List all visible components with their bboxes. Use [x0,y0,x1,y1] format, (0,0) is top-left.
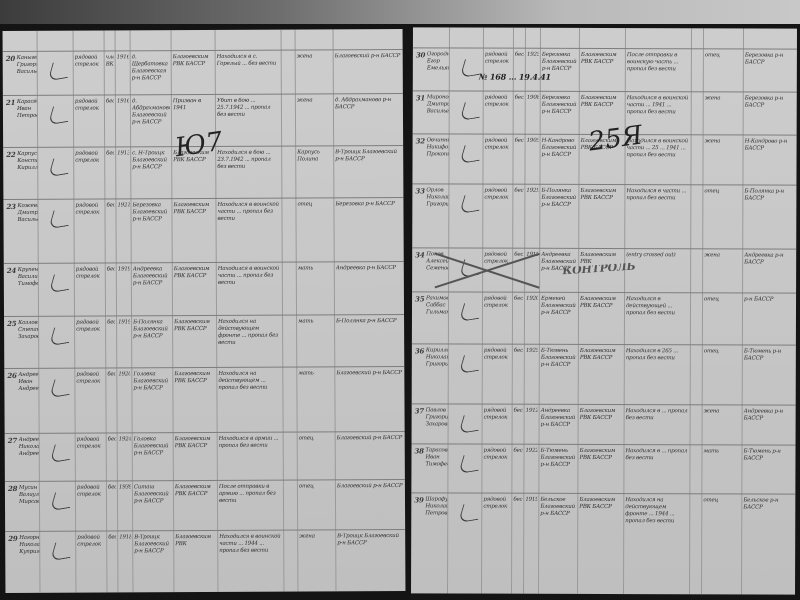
cell-name: Андреев Иван Андреевич [18,372,38,431]
cell-kin-address: Благоевский р-н БАССР [335,53,402,91]
cell-year: 1925 [526,348,538,402]
cell-birthplace: Б-Полянка Благоевский р-н БАССР [133,319,171,365]
cell-name: Каныгев Григорий Васильевич [17,55,37,93]
cell-kin: отец [299,435,334,477]
cell-rank: рядовой стрелок [77,535,105,591]
cell-year: 1905 [526,138,538,182]
cell-party: беспартийный [106,202,114,260]
cell-kin: мать [298,318,333,364]
cell-birthplace: Березовка Благоевский р-н БАССР [542,95,578,132]
cell-drafted: Благоевским РВК БАССР [579,497,622,592]
cell-num: 22 [6,151,16,197]
cell-drafted: Благоевским РВК БАССР [580,188,623,246]
cell-kin-address: д. Абдрахманово р-н БАССР [335,97,402,143]
cell-birthplace: Андреевка Благоевский р-н БАССР [541,408,577,442]
cell-party: беспартийный [108,436,116,478]
cell-kin: Карпусь Полина [297,149,332,195]
cell-party: беспартийный [106,98,114,144]
cell-birthplace: Березовка Благоевский р-н БАССР [542,52,578,89]
cell-party: беспартийный [514,296,523,342]
cell-rank: рядовой стрелок [484,296,511,342]
cell-name: Миронов Дмитрий Васильевич [427,94,449,131]
cell-party: беспартийный [514,348,523,402]
cell-num: 26 [7,372,17,431]
cell-name: Кириллов Николай Григорьевич [426,347,448,401]
cell-party: член ВКП(б) [106,54,114,92]
cell-year: 1919 [525,497,537,592]
cell-num: 33 [415,187,425,245]
cell-kin-address: Березовка р-н БАССР [745,95,796,132]
cell-fate: (entry crossed out) [626,252,689,290]
cell-year: 1924 [119,436,131,478]
cell-kin: жена [299,533,334,589]
cell-birthplace: Ситаш Благоевский р-н БАССР [134,484,172,528]
cell-birthplace: д. Щербатовка Благоевская р-н БАССР [132,54,170,92]
cell-kin: жена [705,95,742,132]
cell-year: 1919 [118,319,130,365]
cell-kin: жена [704,408,741,442]
cell-num: 30 [416,51,426,88]
cell-kin-address: Б-Полянка р-н БАССР [336,318,403,364]
cell-birthplace: Б-Полянка Благоевский р-н БАССР [541,188,577,246]
cell-fate: Убит в бою ... 25.7.1942 ... пропал без … [217,98,280,144]
cell-party: беспартийный [513,497,522,592]
cell-kin: отец [703,497,740,592]
cell-year: 1922 [525,448,537,491]
cell-num: 23 [6,203,16,261]
right-register-sheet: 30Огородников Егор Емельяновичрядовой ст… [411,27,797,594]
viewer-top-bar [0,0,800,26]
cell-kin: мать [298,265,333,312]
cell-kin: мать [298,370,333,429]
cell-num: 20 [6,55,16,93]
cell-drafted: Благоевским РВК БАССР [174,266,215,313]
cell-name: Мусин Валиулла Мирсаевич [19,485,39,529]
cell-fate: Находился в армии ... пропал без вести [219,436,282,478]
cell-kin-address: Андреевка р-н БАССР [744,252,795,290]
cell-kin-address: В-Троицк Благоевский р-н БАССР [337,533,404,589]
cell-drafted: Благоевским РВК БАССР [580,296,623,342]
cell-rank: рядовой стрелок [483,448,510,491]
cell-year: 1916 [117,54,129,92]
cell-kin-address: р-н БАССР [744,296,795,342]
cell-name: Орлов Николай Григорьевич [426,187,448,245]
cell-birthplace: Б-Тюмень Благоевский р-н БАССР [541,348,577,402]
cell-party: беспартийный [108,484,116,528]
cell-party: беспартийный [108,534,116,590]
cell-kin: отец [704,188,741,246]
cell-kin-address: Благоевский р-н БАССР [337,483,404,527]
cell-kin-address: Андреевка р-н БАССР [744,408,795,442]
cell-fate: Находился в воинской части ... 1944 ... … [219,534,282,590]
cell-num: 36 [415,347,425,401]
cell-fate: Находился в бою ... 23.7.1942 ... пропал… [217,150,280,196]
cell-kin: жена [704,138,741,182]
cell-fate: Находился на действующем фронте ... проп… [218,319,281,365]
cell-name: Павлов Григорий Захарович [426,407,448,441]
table-bottom-rule [411,593,795,594]
cell-drafted: Благоевским РВК БАССР [174,371,215,430]
cell-name: Кожевников Дмитрий Васильевич [17,203,37,261]
cell-num: 21 [6,99,16,145]
cell-party: беспартийный [106,150,114,196]
cell-drafted: Благоевским РВК БАССР [579,448,622,491]
cell-num: 37 [415,407,425,441]
cell-rank: рядовой стрелок [77,485,105,529]
cell-kin: отец [705,52,742,89]
cell-year: 1925 [527,52,539,89]
cell-party: беспартийный [107,266,115,313]
cell-rank: рядовой стрелок [484,408,511,442]
cell-fate: После отправки в воинскую часть ... проп… [627,52,690,89]
cell-num: 24 [7,267,17,314]
cell-birthplace: В-Троицк Благоевский р-н БАССР [134,534,172,590]
cell-drafted: Благоевским РВК БАССР [580,408,623,442]
cell-kin: жена [297,53,332,91]
cell-name: Овчинников Никифор Прокопьевич [426,137,448,181]
cell-rank: рядовой стрелок [77,437,105,479]
cell-rank: рядовой стрелок [76,372,104,431]
cell-birthplace: Н-Кандрово Благоевский р-н БАССР [541,138,577,182]
cell-drafted: Благоевским РВК БАССР [173,202,214,260]
cell-drafted: Благоевским РВК БАССР [173,54,214,92]
cell-year: 1929 [526,188,538,246]
cell-fate: Находился в 265 ... пропал без вести [626,348,689,402]
cell-fate: Находился в части ... пропал без вести [626,188,689,246]
cell-num: 35 [415,295,425,341]
cell-party: беспартийный [514,138,523,182]
cell-drafted: Благоевским РВК БАССР [580,348,623,402]
cell-rank: рядовой стрелок [484,188,511,246]
cell-name: Рахимов Саббас Гильманович [426,295,448,341]
cell-year: 1920 [118,371,130,430]
cell-name: Андреев Николай Андреевич [19,437,39,479]
cell-year: 1912 [526,408,538,442]
cell-birthplace: Ермекей Благоевский р-н БАССР [541,296,577,342]
cell-kin: отец [297,201,332,259]
cell-party: беспартийный [515,95,524,132]
cell-kin: мать [703,448,740,491]
cell-kin-address: Благоевский р-н БАССР [337,435,404,477]
cell-name: Нагорный Николай Куприянович [19,535,39,591]
cell-drafted: Благоевским РВК БАССР [581,52,624,89]
cell-kin: жена [297,97,332,143]
cell-fate: Находился в ... пропал без вести [626,408,689,442]
cell-kin-address: Андреевка р-н БАССР [336,265,403,312]
cell-birthplace: с. Н-Троицк Благоевский р-н БАССР [132,150,170,196]
cell-num: 25 [7,320,17,366]
cell-kin: отец [299,483,334,527]
cell-fate: Находился в воинской части ... пропал бе… [217,202,280,260]
cell-fate: Находился на действующем ... пропал без … [218,371,281,430]
cell-party: беспартийный [513,448,522,491]
cell-year: 1920 [526,296,538,342]
cell-kin-address: В-Троицк Благоевский р-н БАССР [335,149,402,195]
cell-name: Огородников Егор Емельянович [427,51,449,88]
cell-birthplace: Бельское Благоевский р-н БАССР [540,497,576,592]
cell-rank: рядовой стрелок [75,99,103,145]
cell-name: Карпусь Константин Кириллович [17,151,37,197]
right-page-scan: 30Огородников Егор Емельяновичрядовой ст… [406,24,800,600]
cell-fate: Находился в действующей ... пропал без в… [626,296,689,342]
cell-year: 1913 [117,150,129,196]
cell-rank: рядовой стрелок [75,151,103,197]
cell-name: Карасёв Иван Петрович [17,99,37,145]
cell-birthplace: Б-Тюмень Благоевский р-н БАССР [540,448,576,491]
cell-rank: рядовой стрелок [75,55,103,93]
cell-birthplace: Головка Благоевский р-н БАССР [134,436,172,478]
cell-drafted: Благоевским РВК БАССР [174,319,215,365]
cell-year: 1919 [118,266,130,313]
cell-birthplace: Березовка Благоевский р-н БАССР [132,202,170,260]
cell-year: 1918 [119,534,131,590]
cell-rank: рядовой стрелок [76,267,104,314]
cell-kin: отец [704,296,741,342]
cell-name: Козлов Степан Захарович [18,320,38,366]
cell-fate: Находился в воинской части ... пропал бе… [218,266,281,313]
cell-rank: рядовой стрелок [76,320,104,366]
cell-kin-address: Б-Тюмень р-н БАССР [744,348,795,402]
cell-birthplace: Андреевка Благоевский р-н БАССР [133,266,171,313]
cell-party: беспартийный [514,408,523,442]
cell-year: 1921 [117,202,129,260]
cell-year: 1939 [119,484,131,528]
cell-rank: рядовой стрелок [484,348,511,402]
cell-num: 39 [414,496,424,591]
cell-kin-address: Березовка р-н БАССР [745,52,796,89]
cell-num: 27 [8,437,18,479]
ink-note: № 168 ... 19.4.41 [479,74,569,81]
cell-party: беспартийный [514,188,523,246]
left-register-sheet: 20Каныгев Григорий Васильевичрядовой стр… [3,29,406,593]
cell-kin-address: Благоевский р-н БАССР [336,370,403,429]
cell-name: Тарасов Иван Тимофеевич [425,447,447,490]
cell-fate: Находился в ... пропал без вести [625,448,688,491]
cell-name: Крупенко Василий Тимофеевич [18,267,38,314]
cell-drafted: Благоевским РВК БАССР [175,436,216,478]
cell-kin-address: Б-Тюмень р-н БАССР [743,448,794,491]
cell-name: Шарафутдинов Николай Петрович [425,496,447,591]
cell-kin-address: Березовка р-н БАССР [335,201,402,259]
cell-year: 1908 [527,95,539,132]
cell-rank: рядовой стрелок [485,52,512,89]
cell-num: 38 [414,447,424,490]
cell-drafted: Благоевским РВК [175,534,216,590]
cell-year: 1916 [117,98,129,144]
cell-kin-address: Бельское р-н БАССР [743,497,794,592]
cell-party: беспартийный [107,371,115,430]
left-page-scan: 20Каныгев Григорий Васильевичрядовой стр… [0,24,406,600]
cell-birthplace: д. Абдрахманово Благоевский р-н БАССР [132,98,170,144]
cell-rank: рядовой стрелок [485,95,512,132]
cell-num: 31 [416,94,426,131]
cell-party: беспартийный [515,52,524,89]
cell-kin-address: Б-Полянка р-н БАССР [744,188,795,246]
cell-kin-address: Н-Кандрово р-н БАССР [744,138,795,182]
cell-num: 29 [8,535,18,591]
cell-fate: После отправки в армию ... пропал без ве… [219,484,282,528]
cell-fate: Находился на действующем фронте ... 1944… [625,497,688,592]
cell-num: 34 [415,251,425,289]
cell-num: 32 [415,137,425,181]
cell-fate: Находился в с. Горелый ... без вести [217,54,280,92]
cell-num: 28 [8,485,18,529]
cell-birthplace: Головка Благоевский р-н БАССР [133,371,171,430]
cell-rank: рядовой стрелок [483,497,510,592]
cell-kin: отец [704,348,741,402]
cell-drafted: Благоевским РВК БАССР [175,484,216,528]
cell-rank: рядовой стрелок [75,203,103,261]
cell-rank: рядовой стрелок [484,138,511,182]
cell-party: беспартийный [107,319,115,365]
